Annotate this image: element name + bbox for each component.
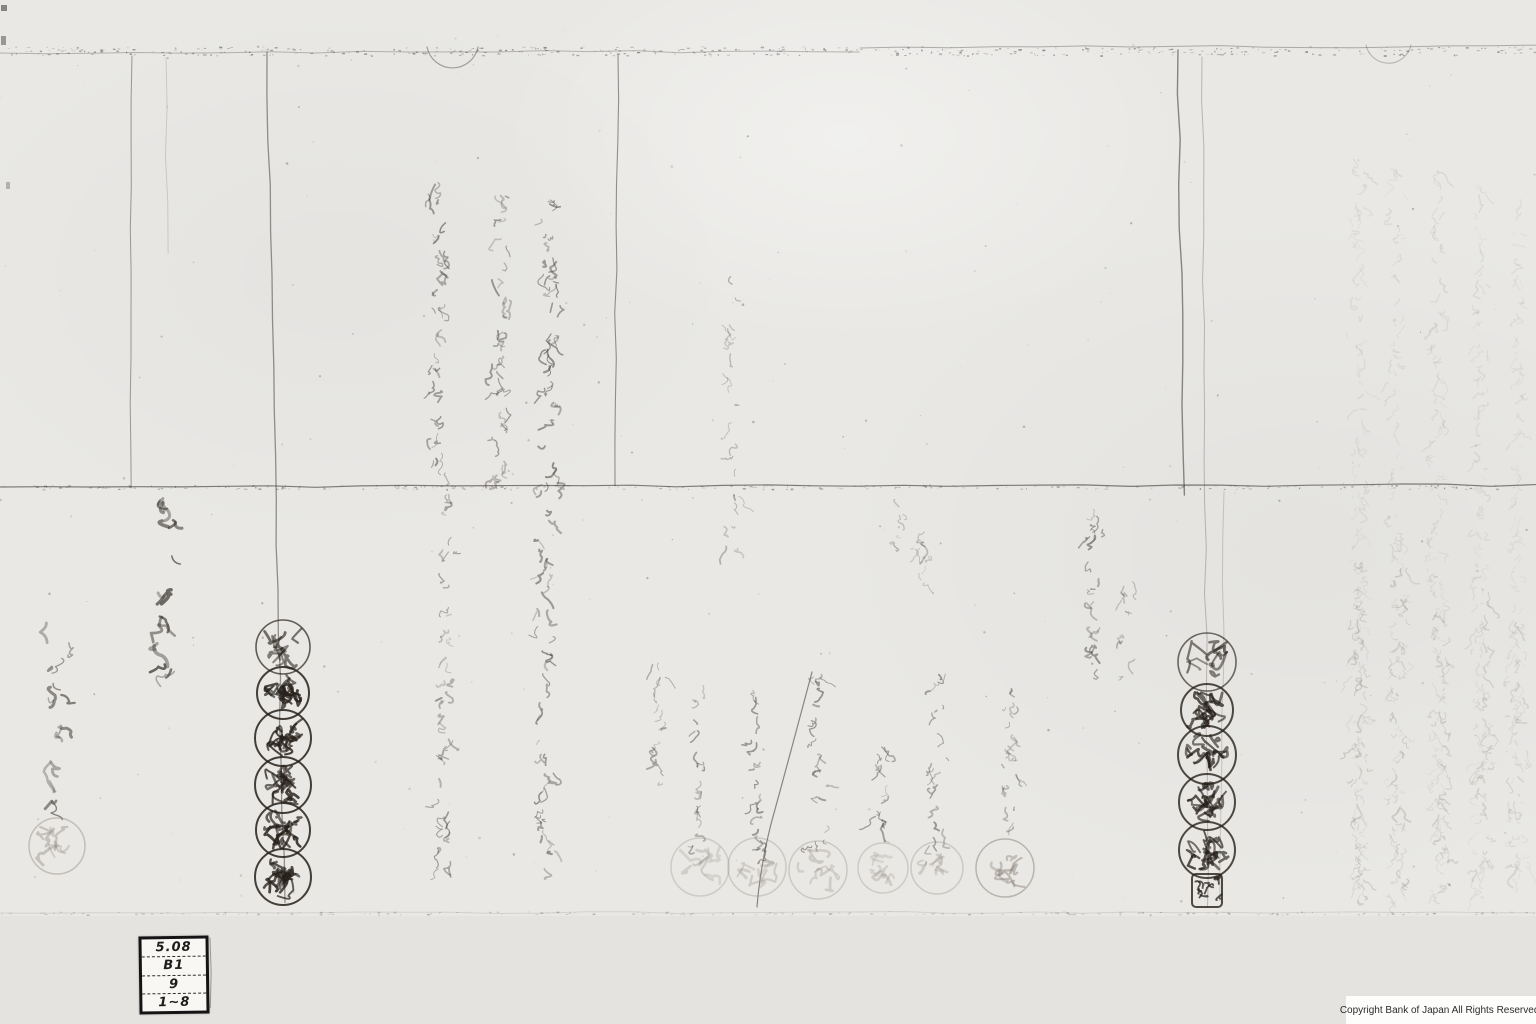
archive-label-row-2: B1: [142, 956, 206, 975]
archive-label-row-3: 9: [142, 974, 206, 993]
document-artwork: [0, 0, 1536, 1024]
copyright-notice: Copyright Bank of Japan All Rights Reser…: [1346, 996, 1536, 1024]
scanned-document-page: 5.08 B1 9 1~8 Copyright Bank of Japan Al…: [0, 0, 1536, 1024]
archive-label-row-1: 5.08: [142, 939, 206, 957]
archive-label-box: 5.08 B1 9 1~8: [138, 936, 209, 1015]
archive-label-row-4: 1~8: [142, 992, 206, 1011]
